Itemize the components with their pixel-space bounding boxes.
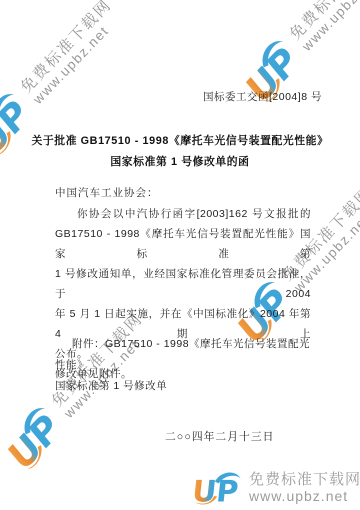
attachment-block: 附件：GB17510 - 1998《摩托车光信号装置配光性能》 国家标准第 1 … [55,334,313,397]
attachment-line-1: 附件：GB17510 - 1998《摩托车光信号装置配光性能》 [55,334,313,376]
paragraph-line: 你协会以中汽协行函字[2003]162 号文报批的 [55,204,311,224]
title-line-1: 关于批准 GB17510 - 1998《摩托车光信号装置配光性能》 [0,131,360,152]
document-page: UP 免费标准下载网 www.upbz.net UP 免费标准下载网 www.u… [0,0,360,510]
document-title: 关于批准 GB17510 - 1998《摩托车光信号装置配光性能》 国家标准第 … [0,131,360,173]
salutation: 中国汽车工业协会： [55,185,159,200]
title-line-2: 国家标准第 1 号修改单的函 [0,152,360,173]
document-date: 二○○四年二月十三日 [165,429,274,444]
document-content: 国标委工交函[2004]8 号 关于批准 GB17510 - 1998《摩托车光… [0,0,360,510]
paragraph-line: GB17510 - 1998《摩托车光信号装置配光性能》国家标准第 [55,224,311,264]
doc-reference-number: 国标委工交函[2004]8 号 [203,89,322,104]
paragraph-line: 1 号修改通知单，业经国家标准化管理委员会批准，于 2004 [55,264,311,304]
attachment-line-2: 国家标准第 1 号修改单 [55,376,313,397]
